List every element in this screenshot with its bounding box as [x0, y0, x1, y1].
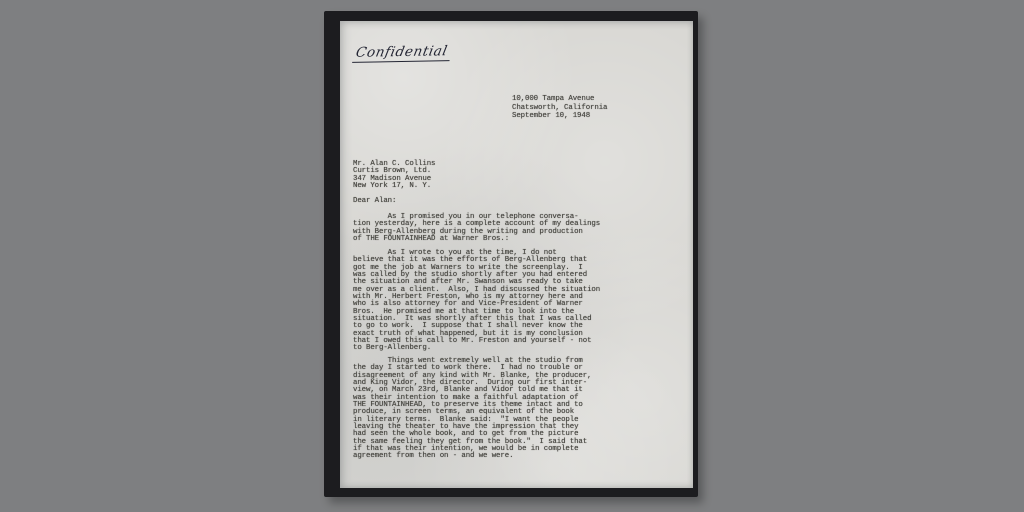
recipient-address: Mr. Alan C. Collins Curtis Brown, Ltd. 3…	[353, 161, 435, 190]
paragraph-1: As I promised you in our telephone conve…	[353, 214, 600, 243]
document-frame: Confidential 10,000 Tampa Avenue Chatswo…	[324, 11, 698, 497]
letter-page: Confidential 10,000 Tampa Avenue Chatswo…	[340, 21, 693, 488]
paragraph-2: As I wrote to you at the time, I do not …	[353, 250, 600, 353]
photo-background: Confidential 10,000 Tampa Avenue Chatswo…	[0, 0, 1024, 512]
paragraph-3: Things went extremely well at the studio…	[353, 358, 591, 461]
confidential-annotation: Confidential	[352, 43, 453, 63]
sender-address: 10,000 Tampa Avenue Chatsworth, Californ…	[512, 95, 607, 121]
salutation: Dear Alan:	[353, 198, 396, 205]
